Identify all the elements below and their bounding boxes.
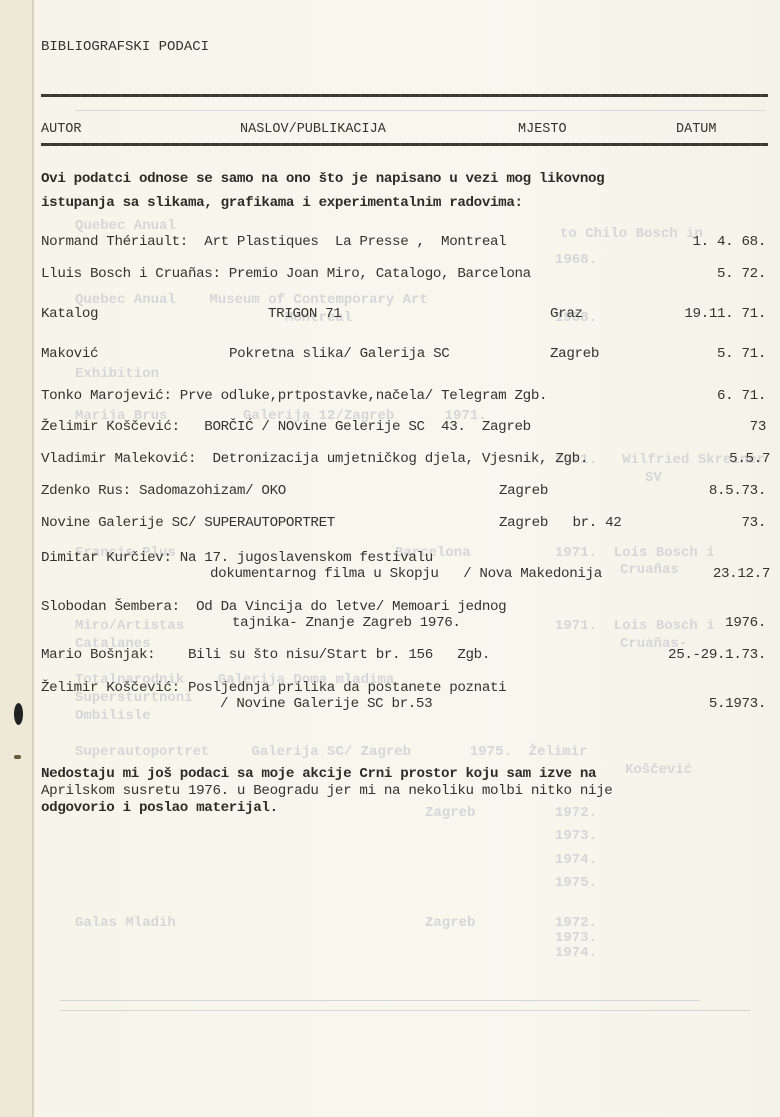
entry-5-date: 6. 71. [717,388,766,404]
ghost-rule [75,110,765,111]
ghost-text: 1974. [555,945,597,961]
ghost-text: Ombilisle [75,708,151,724]
ghost-text: Galas Mladih [75,915,176,931]
entry-10-line-2: dokumentarnog filma u Skopju / Nova Make… [210,566,602,582]
ghost-text: 1974. [555,852,597,868]
entry-6-date: 73 [750,419,766,435]
entry-12: Mario Bošnjak: Bili su što nisu/Start br… [41,647,490,663]
document-title: BIBLIOGRAFSKI PODACI [41,39,209,55]
intro-line-1: Ovi podatci odnose se samo na ono što je… [41,171,604,187]
ghost-rule [60,1000,700,1001]
ghost-text: Quebec Anual Museum of Contemporary Art [75,292,428,308]
entry-7-date: 5.5.7 [729,451,770,467]
entry-3-author: Katalog [41,306,98,322]
column-header-mjesto: MJESTO [518,122,567,137]
entry-8-date: 8.5.73. [709,483,766,499]
entry-6: Želimir Koščević: BORČIĆ / NOvine Geleri… [41,419,531,435]
entry-9-place: Zagreb br. 42 [499,515,621,531]
entry-2-date: 5. 72. [717,266,766,282]
ghost-text: 1972. [555,805,597,821]
ghost-text: Exhibition [75,366,159,382]
entry-2: Lluis Bosch i Cruañas: Premio Joan Miro,… [41,266,531,282]
ghost-text: Cruañas [620,562,679,578]
entry-5: Tonko Marojević: Prve odluke,prtpostavke… [41,388,547,404]
column-header-datum: DATUM [676,122,717,137]
entry-3-date: 19.11. 71. [684,306,766,322]
entry-4-author: Maković [41,346,98,362]
entry-13-line-2: / Novine Galerije SC br.53 [220,696,432,712]
ghost-text: Koščević [625,762,692,778]
entry-7: Vladimir Maleković: Detronizacija umjetn… [41,451,588,467]
entry-11-date: 1976. [725,615,766,631]
entry-4-place: Zagreb [550,346,599,362]
ghost-text: 1973. [555,828,597,844]
entry-3-title: TRIGON 71 [268,306,341,322]
closing-line-1: Nedostaju mi još podaci sa moje akcije C… [41,766,596,782]
ghost-text: SV [645,470,662,486]
entry-1-date: 1. 4. 68. [693,234,766,250]
closing-line-3: odgovorio i poslao materijal. [41,800,278,816]
entry-1: Normand Thériault: Art Plastiques La Pre… [41,234,506,250]
closing-line-2: Aprilskom susretu 1976. u Beogradu jer m… [41,783,612,799]
ghost-text: Zagreb [425,915,475,931]
ghost-text: 1973. [555,930,597,946]
ghost-text: Quebec Anual [75,218,176,234]
entry-3-place: Graz [550,306,583,322]
ghost-text: Zagreb [425,805,475,821]
ink-speck [14,755,21,759]
ghost-text: 1968. [555,252,597,268]
intro-line-2: istupanja sa slikama, grafikama i experi… [41,195,523,211]
entry-4-title: Pokretna slika/ Galerija SC [229,346,449,362]
ghost-text: Superautoportret Galerija SC/ Zagreb 197… [75,744,587,760]
ghost-text: 1971. Lois Bosch i [555,618,715,634]
entry-8: Zdenko Rus: Sadomazohizam/ OKO [41,483,286,499]
margin-line [32,0,34,1117]
entry-10-date: 23.12.7 [713,566,770,582]
punch-hole [14,703,23,725]
entry-11-line-1: Slobodan Šembera: Od Da Vincija do letve… [41,599,506,615]
entry-4-date: 5. 71. [717,346,766,362]
entry-13-line-1: Želimir Koščević: Posljednja prilika da … [41,680,506,696]
ghost-text: 1975. [555,875,597,891]
document-page: Quebec AnualQuebec Anual Museum of Conte… [0,0,780,1117]
ghost-text: 1971. Lois Bosch i [555,545,715,561]
entry-8-place: Zagreb [499,483,548,499]
entry-13-date: 5.1973. [709,696,766,712]
entry-9: Novine Galerije SC/ SUPERAUTOPORTRET [41,515,335,531]
ghost-text: 1972. [555,915,597,931]
entry-11-line-2: tajnika- Znanje Zagreb 1976. [232,615,461,631]
entry-10-line-1: Dimitar Kurčiev: Na 17. jugoslavenskom f… [41,550,433,566]
page-edge [0,0,32,1117]
ghost-text: to Chilo Bosch in [560,226,703,242]
header-bottom-rule [41,143,768,146]
ghost-rule [60,1010,750,1011]
column-header-autor: AUTOR [41,122,82,137]
entry-9-date: 73. [742,515,767,531]
header-top-rule [41,94,768,97]
column-header-naslov: NASLOV/PUBLIKACIJA [240,122,386,137]
entry-12-date: 25.-29.1.73. [668,647,766,663]
ghost-text: Miro/Artistas [75,618,184,634]
